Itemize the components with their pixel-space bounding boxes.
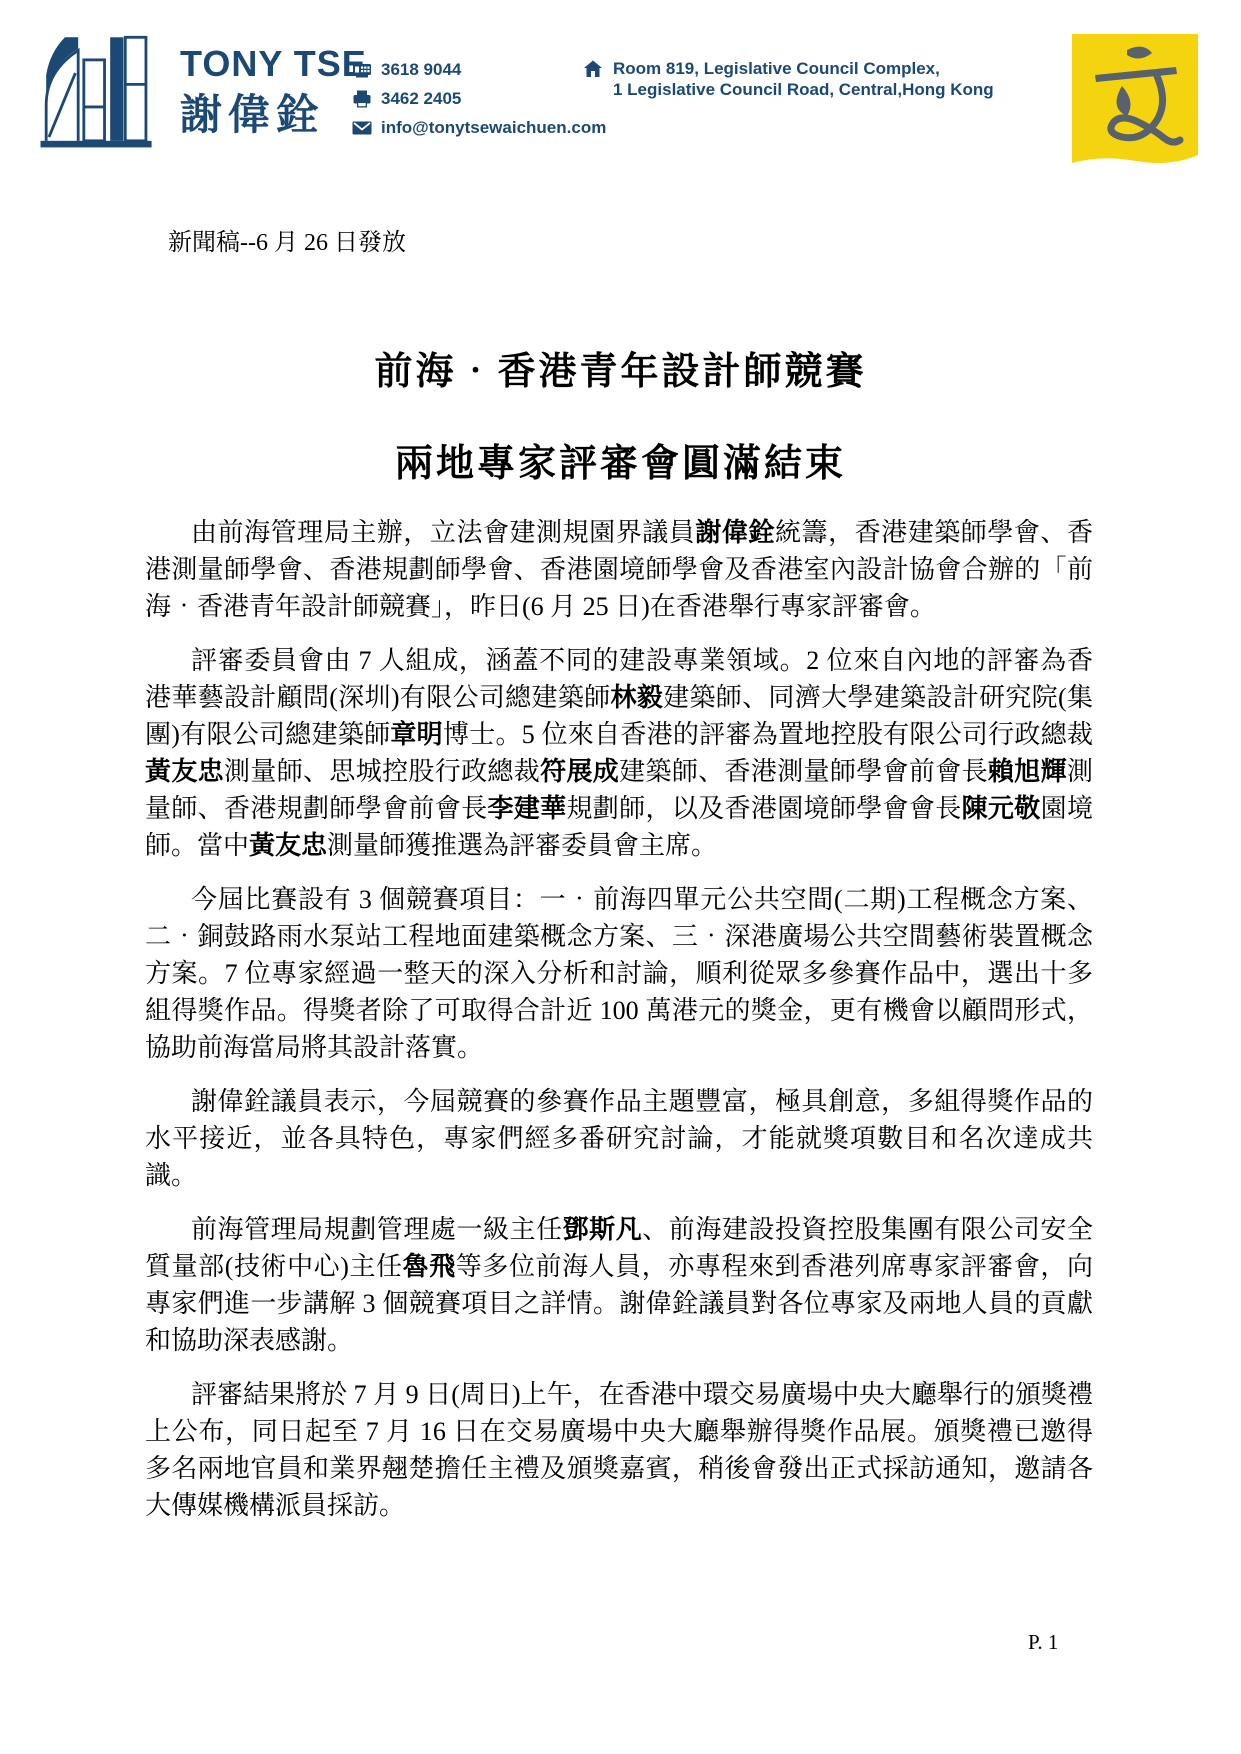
phone-icon [352,60,372,80]
press-release-body: 由前海管理局主辦，立法會建測規園界議員謝偉銓統籌，香港建築師學會、香港測量師學會… [145,514,1093,1541]
brand-name-zh: 謝偉銓 [180,94,367,136]
fax-icon [352,89,372,109]
email-address: info@tonytsewaichuen.com [381,118,606,138]
page-number: P. 1 [1028,1630,1058,1655]
paragraph-5: 前海管理局規劃管理處一級主任鄧斯凡、前海建設投資控股集團有限公司安全質量部(技術… [145,1211,1093,1359]
home-icon [583,59,603,79]
mail-icon [352,118,372,138]
press-release-page: TONY TSE 謝偉銓 3618 9044 3462 2405 [0,0,1241,1754]
address-text: Room 819, Legislative Council Complex, 1… [613,58,994,100]
paragraph-2: 評審委員會由 7 人組成，涵蓋不同的建設專業領域。2 位來自內地的評審為香港華藝… [145,642,1093,864]
document-title-line1: 前海‧香港青年設計師競賽 [0,340,1241,395]
paragraph-3: 今屆比賽設有 3 個競賽項目：一‧前海四單元公共空間(二期)工程概念方案、二‧銅… [145,881,1093,1066]
paragraph-6: 評審結果將於 7 月 9 日(周日)上午，在香港中環交易廣場中央大廳舉行的頒獎禮… [145,1376,1093,1524]
email-row: info@tonytsewaichuen.com [352,118,606,138]
contact-block: 3618 9044 3462 2405 info@tonytsewaichuen… [352,60,606,147]
phone-row: 3618 9044 [352,60,606,80]
brand-block: TONY TSE 謝偉銓 [180,46,367,136]
address-line2: 1 Legislative Council Road, Central,Hong… [613,79,994,100]
legco-ribbon-badge [1072,34,1198,168]
building-logo [33,26,161,154]
document-title-line2: 兩地專家評審會圓滿結束 [0,432,1241,487]
paragraph-1: 由前海管理局主辦，立法會建測規園界議員謝偉銓統籌，香港建築師學會、香港測量師學會… [145,514,1093,625]
phone-number: 3618 9044 [381,60,461,80]
fax-row: 3462 2405 [352,89,606,109]
release-date-line: 新聞稿--6 月 26 日發放 [168,222,406,257]
address-line1: Room 819, Legislative Council Complex, [613,58,994,79]
brand-name-en: TONY TSE [180,46,367,82]
address-block: Room 819, Legislative Council Complex, 1… [583,58,994,100]
fax-number: 3462 2405 [381,89,461,109]
paragraph-4: 謝偉銓議員表示，今屆競賽的參賽作品主題豐富，極具創意，多組得獎作品的水平接近，並… [145,1083,1093,1194]
